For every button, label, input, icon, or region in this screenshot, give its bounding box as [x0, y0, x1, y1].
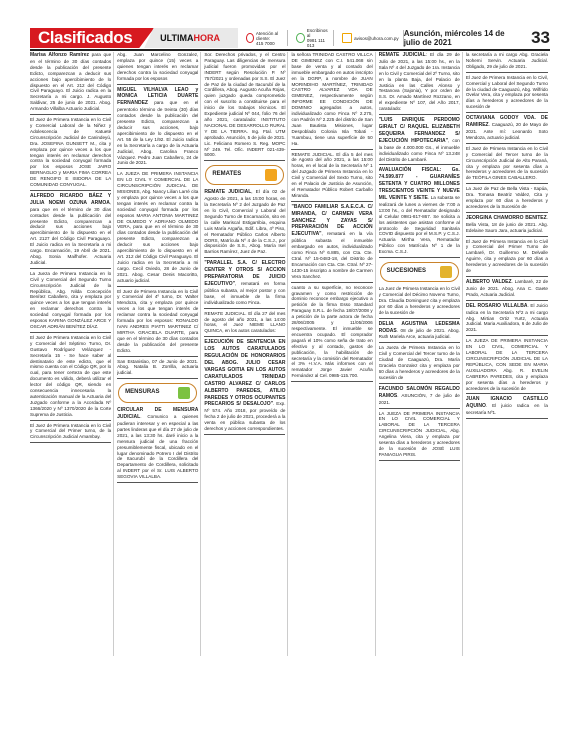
classified-ad: Abg. Juan Marcelino Gonzalez, emplaza po… [117, 52, 198, 85]
ad-text: . Comunico a quienes pudieran interesar … [117, 414, 198, 479]
classified-ad: La Jueza de Primera Instancia en lo Civi… [379, 345, 460, 383]
classified-ad: "LUIS ENRIQUE PERDOMO GIRALT C/ RAQUEL E… [379, 117, 460, 165]
ad-highlight: Marisa Alfonzo Ramírez [30, 52, 89, 58]
family-tree-icon [440, 266, 452, 278]
classified-ad: DEL ROSARIO VILLALBA. El Juicio radica e… [466, 303, 548, 337]
classified-ad: El Juez de Primera Instancia en lo Civil… [30, 117, 111, 191]
gavel-icon [265, 169, 277, 181]
classified-ad: ALBERTO VALDEZ. Lambaré, 22 de Junio de … [466, 279, 548, 301]
ad-text: LA JUEZA DE PRIMERA INSTANCIA EN LO CIVI… [117, 171, 198, 282]
logo-prefix: ULTIMA [160, 33, 193, 43]
contact-label: Escribinos al [307, 28, 328, 38]
contact-whatsapp: Escribinos al0981 111 013 [296, 30, 334, 46]
ad-text: San Estanislao, 07 de Junio de 2021. Abo… [117, 359, 198, 376]
ad-text: El Juez de Primera Instancia en lo Civil… [466, 75, 548, 110]
contact-value: 415 7000 [256, 41, 275, 46]
ad-text: La Juez de Paz de Bella Vista - Itapúa, … [466, 186, 548, 209]
ad-text: La Jueza de Primera Instancia en lo Civi… [30, 271, 111, 329]
ad-text: Sor. Derechos privados, y el Centro Para… [204, 52, 285, 157]
ad-text: para que en el perentorio término de tre… [117, 100, 198, 165]
section-title: MENSURAS [125, 390, 159, 396]
ad-text: . La subasta se realizará de lunes a vie… [379, 195, 460, 254]
masthead: Clasificados ULTIMAHORA Atención al clie… [30, 28, 550, 48]
ad-highlight: ALFREDO RICARDO BÁEZ Y JULIA NOEMI OZUNA… [30, 193, 111, 206]
ad-text: REMATE JUDICIAL. El día 5 del mes de Ago… [291, 152, 372, 198]
classified-ad: Marisa Alfonzo Ramírez para que en el té… [30, 52, 111, 115]
section-header-sucesiones: SUCESIONES [380, 262, 459, 282]
classified-ad: El Juez de Primera Instancia en lo Civil… [30, 423, 111, 444]
contact-phone: Atención al cliente:415 7000 [246, 30, 288, 46]
classified-ad: Sor. Derechos privados, y el Centro Para… [204, 52, 285, 161]
ad-text: El Juez de Primera Instancia en lo Civil… [30, 335, 111, 417]
ad-text: para que en el término de 30 días contad… [30, 52, 111, 111]
ad-highlight: JEORGINA CHAMORRO BENITEZ [466, 215, 547, 221]
classified-ad: La Juez de Paz de Bella Vista - Itapúa, … [466, 186, 548, 213]
column-3: Sor. Derechos privados, y el Centro Para… [204, 52, 288, 656]
ad-highlight: REMATE JUDICIAL [379, 52, 426, 58]
ad-text: LA JUEZA DE PRIMERA INSTANCIA EN LO CIVI… [379, 411, 460, 457]
whatsapp-icon [296, 33, 305, 43]
section-brand: Clasificados [30, 28, 154, 48]
header-rule [30, 49, 550, 51]
classified-ad: ALFREDO RICARDO BÁEZ Y JULIA NOEMI OZUNA… [30, 193, 111, 269]
classified-ad: El Juez de Primera Instancia en lo Civil… [466, 239, 548, 277]
classified-ad: LA JUEZA DE PRIMERA INSTANCIA EN LO CIVI… [379, 411, 460, 461]
classified-ad: San Estanislao, 07 de Junio de 2021. Abo… [117, 359, 198, 380]
classified-ad: El Juez de Primera Instancia en lo Civil… [117, 289, 198, 357]
ad-text: El Juez de Primera Instancia en lo Civil… [30, 423, 111, 440]
section-header-mensuras: MENSURAS [118, 383, 197, 403]
section-title: SUCESIONES [387, 269, 426, 275]
ad-text: , rematará en la vía pública subasta el … [291, 231, 372, 278]
ad-highlight: DEL ROSARIO VILLALBA [466, 303, 528, 309]
classified-ad: LA JUEZA DE PRIMERA INSTANCIA EN LO CIVI… [117, 171, 198, 286]
classified-ad: "BANCO FAMILIAR S.A.E.C.A. C/ MIRANDA, C… [291, 204, 372, 283]
column-2: Abg. Juan Marcelino Gonzalez, emplaza po… [117, 52, 201, 656]
classified-ad: JUAN IGNACIO CASTILLO AQUINO. El juicio … [466, 396, 548, 419]
classified-ad: AVALUACIÓN FISCAL: Gs. 74.599.877 - GUAR… [379, 167, 460, 258]
classified-ad: cuanto a su superficie, no reconoce grav… [291, 285, 372, 383]
classified-ad: DELIA AGUSTINA LEDESMA RODAS. 08 de juli… [379, 321, 460, 344]
issue-date: Asunción, miércoles 14 de julio de 2021 [404, 29, 517, 47]
column-4: la señora TRINIDAD CASTRO VILLCA DE GIME… [291, 52, 375, 656]
classified-ad: CIRCULAR DE MENSURA JUDICIAL. Comunico a… [117, 407, 198, 483]
ad-text: La Juez de Primera Instancia en lo Civil… [379, 286, 460, 315]
column-1: Marisa Alfonzo Ramírez para que en el té… [30, 52, 114, 656]
ad-text: cuanto a su superficie, no reconoce grav… [291, 285, 372, 379]
ad-text: El Juez de Primera Instancia en lo Civil… [466, 146, 548, 181]
classified-ad: El Juez de Primera Instancia en lo Civil… [466, 146, 548, 184]
classified-ad: REMATE JUDICIAL, El día 02 de Agosto de … [204, 189, 285, 258]
classified-ad: EJECUCIÓN DE SENTENCIA EN LOS AUTOS CARA… [204, 339, 285, 435]
ad-text: , El día 02 de Agosto de 2021, a las 15:… [204, 189, 285, 254]
classified-ad: JEORGINA CHAMORRO BENITEZ. Bella Vista, … [466, 215, 548, 237]
page-number: 33 [531, 28, 550, 48]
ad-text: El Juez de Primera Instancia en lo Civil… [466, 239, 548, 274]
contact-label: Atención al cliente: [256, 31, 278, 41]
ad-text: LA JUEZA DE PRIMERA INSTANCIA EN LO CIVI… [466, 338, 548, 390]
ad-text: : El día 29 de Julio de 2021, a las 15:0… [379, 52, 460, 111]
contact-email: avisos@uhora.com.py [342, 30, 404, 46]
classified-ad: La Juez de Primera Instancia en lo Civil… [379, 286, 460, 319]
ad-text: la señora TRINIDAD CASTRO VILLCA DE GIME… [291, 52, 372, 146]
ad-text: El Juez de Primera Instancia en lo Civil… [30, 117, 111, 187]
phone-icon [246, 33, 254, 43]
survey-map-icon [178, 387, 190, 399]
classifieds-columns: Marisa Alfonzo Ramírez para que en el té… [30, 52, 550, 656]
ad-text: REMATE JUDICIAL. El día 27 del mes de ag… [204, 311, 285, 334]
column-5: REMATE JUDICIAL: El día 29 de Julio de 2… [379, 52, 463, 656]
ad-text: Abg. Juan Marcelino Gonzalez, emplaza po… [117, 52, 198, 81]
classified-ad: REMATE JUDICIAL. El día 27 del mes de ag… [204, 311, 285, 338]
ad-text: la secretaría a mi cargo Abg. Graciela N… [466, 52, 548, 69]
classified-ad: LA JUEZA DE PRIMERA INSTANCIA EN LO CIVI… [466, 338, 548, 394]
ad-highlight: REMATE JUDICIAL [204, 189, 251, 195]
classified-ad: la secretaría a mi cargo Abg. Graciela N… [466, 52, 548, 73]
ad-highlight: ALBERTO VALDEZ [466, 279, 512, 285]
classified-ad: MIGUEL VILHALVA LEAO y MONICA LETICIA DU… [117, 87, 198, 170]
logo-suffix: HORA [193, 33, 220, 43]
classified-ad: la señora TRINIDAD CASTRO VILLCA DE GIME… [291, 52, 372, 150]
classified-ad: La Jueza de Primera Instancia en lo Civi… [30, 271, 111, 333]
section-header-remates: REMATES [205, 165, 284, 185]
classified-ad: FACUNDO SALOMÓN REGALDO RAMOS. ASUNCIÓN,… [379, 386, 460, 409]
classified-ad: El Juez de Primera Instancia en lo Civil… [30, 335, 111, 421]
ad-text: , para que en el término de 30 días cont… [30, 200, 111, 265]
classified-ad: REMATE JUDICIAL. El día 5 del mes de Ago… [291, 152, 372, 202]
contact-value: avisos@uhora.com.py [354, 36, 399, 41]
mail-icon [342, 33, 352, 43]
classified-ad: REMATE JUDICIAL: El día 29 de Julio de 2… [379, 52, 460, 115]
classified-ad: OCTAVIANA GODOY VDA. DE RAMIREZ. Caaguaz… [466, 115, 548, 144]
classified-ad: El Juez de Primera Instancia en lo Civil… [466, 75, 548, 113]
contact-value: 0981 111 013 [307, 38, 325, 48]
column-6: la secretaría a mi cargo Abg. Graciela N… [466, 52, 550, 656]
ad-text: La Jueza de Primera Instancia en lo Civi… [379, 345, 460, 380]
ad-text: El Juez de Primera Instancia en lo Civil… [117, 289, 198, 353]
ad-highlight: EJECUCIÓN DE SENTENCIA EN LOS AUTOS CARA… [204, 339, 285, 407]
newspaper-logo: ULTIMAHORA [144, 28, 238, 48]
section-title: REMATES [212, 172, 241, 178]
classified-ad: "PARALLEL S.A. C/ ELECTRO CENTER Y OTROS… [204, 260, 285, 308]
